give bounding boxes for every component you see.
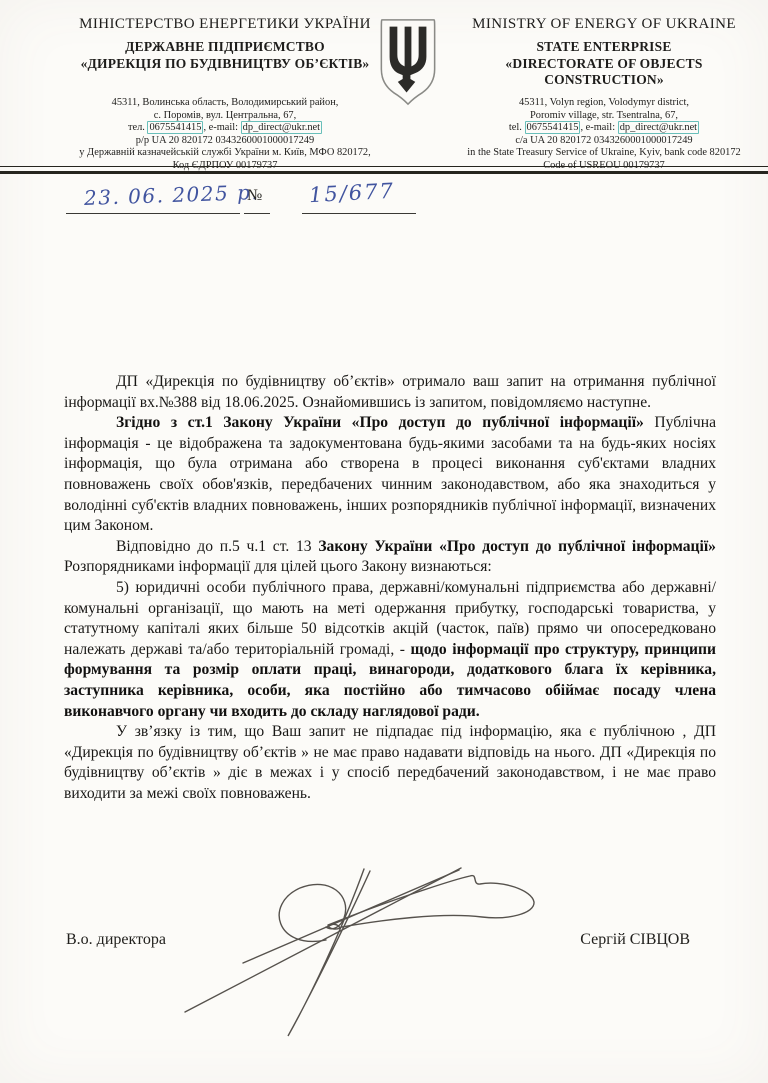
signer-position: В.о. директора [66,931,166,949]
address-line: Poromiv village, str. Tsentralna, 67, [444,110,764,123]
enterprise-name-en: STATE ENTERPRISE «DIRECTORATE OF OBJECTS… [444,39,764,89]
body-text: ДП «Дирекція по будівництву об’єктів» от… [64,373,716,411]
body-paragraph: 5) юридичні особи публічного права, держ… [64,578,716,722]
handwritten-signature [180,852,600,1052]
phone-link-uk[interactable]: 0675541415 [147,121,203,134]
address-text: Poromiv village, str. Tsentralna, 67, [530,110,678,121]
address-line: тел. 0675541415, e-mail: dp_direct@ukr.n… [60,122,390,135]
handwritten-outgoing-number: 15/677 [308,179,395,207]
address-text: tel. [509,122,525,133]
number-underline [302,213,416,214]
number-sign: № [247,187,262,205]
body-text-bold: Закону України «Про доступ до публічної … [318,538,716,555]
address-text: 45311, Volyn region, Volodymyr district, [519,97,689,108]
body-text: Розпорядниками інформації для цілей цьог… [64,558,492,575]
address-line: 45311, Volyn region, Volodymyr district, [444,97,764,110]
handwritten-date: 23. 06. 2025 р. [84,180,260,210]
address-text: у Державній казначейській службі України… [79,147,370,158]
ministry-title-uk: МІНІСТЕРСТВО ЕНЕРГЕТИКИ УКРАЇНИ [60,16,390,33]
letterhead-english: MINISTRY OF ENERGY OF UKRAINE STATE ENTE… [444,16,764,168]
scanned-letter-page: МІНІСТЕРСТВО ЕНЕРГЕТИКИ УКРАЇНИ ДЕРЖАВНЕ… [0,0,768,1083]
body-paragraph: ДП «Дирекція по будівництву об’єктів» от… [64,372,716,413]
body-paragraph: Згідно з ст.1 Закону України «Про доступ… [64,413,716,537]
address-line: tel. 0675541415, e-mail: dp_direct@ukr.n… [444,122,764,135]
date-underline [66,213,240,214]
address-text: , e-mail: [580,122,617,133]
address-line: р/р UA 20 820172 0343260001000017249 [60,135,390,148]
email-link-en[interactable]: dp_direct@ukr.net [618,121,699,134]
address-line: с. Поромів, вул. Центральна, 67, [60,110,390,123]
phone-link-en[interactable]: 0675541415 [525,121,581,134]
address-text: с. Поромів, вул. Центральна, 67, [154,110,296,121]
letter-body: ДП «Дирекція по будівництву об’єктів» от… [64,372,716,804]
letterhead-divider [0,166,768,174]
address-text: р/р UA 20 820172 0343260001000017249 [136,135,314,146]
address-text: c/a UA 20 820172 0343260001000017249 [515,135,692,146]
address-line: c/a UA 20 820172 0343260001000017249 [444,135,764,148]
address-text: тел. [128,122,148,133]
body-text: Публічна інформація - це відображена та … [64,414,716,534]
address-line: in the State Treasury Service of Ukraine… [444,147,764,160]
address-text: 45311, Волинська область, Володимирський… [112,97,339,108]
address-block-en: 45311, Volyn region, Volodymyr district,… [444,97,764,173]
ukraine-trident-icon [377,16,439,109]
signer-name: Сергій СІВЦОВ [580,931,690,949]
number-sign-underline [244,213,270,214]
email-link-uk[interactable]: dp_direct@ukr.net [241,121,322,134]
body-text: У зв’язку із тим, що Ваш запит не підпад… [64,723,716,802]
letterhead-ukrainian: МІНІСТЕРСТВО ЕНЕРГЕТИКИ УКРАЇНИ ДЕРЖАВНЕ… [60,16,390,168]
address-text: in the State Treasury Service of Ukraine… [467,147,740,158]
enterprise-name-uk: ДЕРЖАВНЕ ПІДПРИЄМСТВО «ДИРЕКЦІЯ ПО БУДІВ… [60,39,390,72]
address-line: 45311, Волинська область, Володимирський… [60,97,390,110]
address-line: у Державній казначейській службі України… [60,147,390,160]
address-text: , e-mail: [203,122,240,133]
body-paragraph: У зв’язку із тим, що Ваш запит не підпад… [64,722,716,804]
ministry-title-en: MINISTRY OF ENERGY OF UKRAINE [444,16,764,33]
address-block-uk: 45311, Волинська область, Володимирський… [60,97,390,173]
body-text-bold: Згідно з ст.1 Закону України «Про доступ… [116,414,644,431]
body-text: Відповідно до п.5 ч.1 ст. 13 [116,538,318,555]
reference-line: 23. 06. 2025 р. № 15/677 [64,183,484,223]
body-paragraph: Відповідно до п.5 ч.1 ст. 13 Закону Укра… [64,537,716,578]
